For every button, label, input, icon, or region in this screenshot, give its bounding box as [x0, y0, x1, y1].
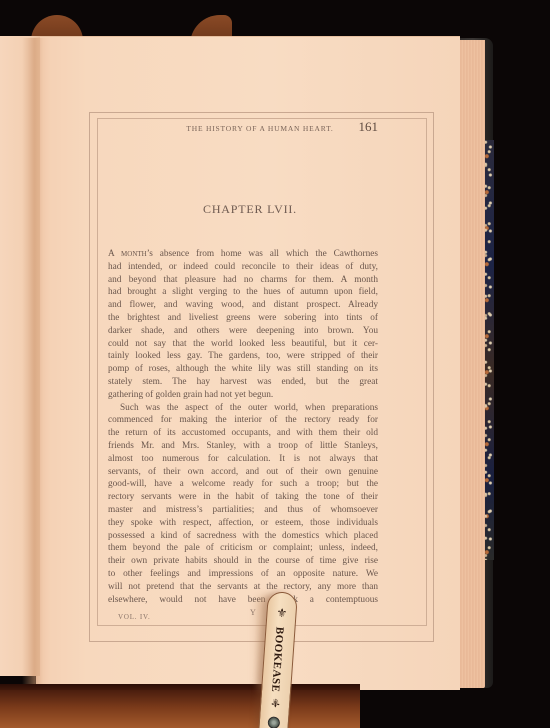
text-line: master and mistress’s partialities; and … [108, 504, 378, 517]
text-line: commenced for making the interior of the… [108, 414, 378, 427]
seal-icon [267, 716, 280, 728]
text-line: almost too numerous for calculation. It … [108, 453, 378, 466]
text-line: darker shade, and others were deepening … [108, 325, 378, 338]
signature-mark: Y [250, 608, 256, 617]
page-number: 161 [352, 119, 378, 135]
text-line: gathering of golden grain had not yet be… [108, 389, 378, 402]
drop-word: A month [108, 249, 147, 259]
volume-footer: VOL. IV. [118, 613, 151, 621]
text-line: had brought a slight verging to the hues… [108, 286, 378, 299]
text-line: possessed a kind of sacredness with the … [108, 530, 378, 543]
text-line: elsewhere, would not have been quick a c… [108, 594, 378, 607]
text-line: their own private habits should in the c… [108, 555, 378, 568]
fleur-de-lis-icon: ⚜ [276, 607, 288, 620]
text-line: and beyond that pleasure had no charms f… [108, 274, 378, 287]
text-line: Such was the aspect of the outer world, … [108, 402, 378, 415]
text-line: to other feelings and impressions of an … [108, 568, 378, 581]
gutter-shadow [22, 38, 50, 688]
text-line: they spoke with respect, affection, or e… [108, 517, 378, 530]
text-line-rest: ’s absence from home was all which the C… [147, 249, 378, 259]
text-line: the brightest and liveliest greens were … [108, 312, 378, 325]
chapter-title: Chapter LVII. [160, 202, 340, 217]
text-line: could not say that the world looked less… [108, 338, 378, 351]
text-line: pomp of roses, although the white lily w… [108, 363, 378, 376]
text-line: and flower, and waving wood, and distant… [108, 299, 378, 312]
text-line: had intended, or indeed could reconcile … [108, 261, 378, 274]
fleur-de-lis-icon: ⚜ [270, 696, 282, 709]
text-line: friends Mr. and Mrs. Stanley, with a tro… [108, 440, 378, 453]
text-line: them beyond the pale of criticism or com… [108, 542, 378, 555]
text-line: good-will, have a welcome ready for such… [108, 478, 378, 491]
text-line: A month’s absence from home was all whic… [108, 248, 378, 261]
running-head: The History of a Human Heart. [170, 124, 350, 133]
bookmark-label: BOOKEASE [269, 626, 286, 692]
book-stand-base [0, 690, 360, 728]
book-photo-scene: The History of a Human Heart. 161 Chapte… [0, 0, 550, 728]
body-text: A month’s absence from home was all whic… [108, 248, 378, 606]
text-line: the return of its accustomed occupants, … [108, 427, 378, 440]
text-line: stately stem. The hay harvest was ended,… [108, 376, 378, 389]
text-line: will not pretend that the servants at th… [108, 581, 378, 594]
text-line: tainly looked less gay. The gardens, too… [108, 350, 378, 363]
text-line: servants, of their own accord, and out o… [108, 466, 378, 479]
text-line: rectory servants were in the habit of ta… [108, 491, 378, 504]
